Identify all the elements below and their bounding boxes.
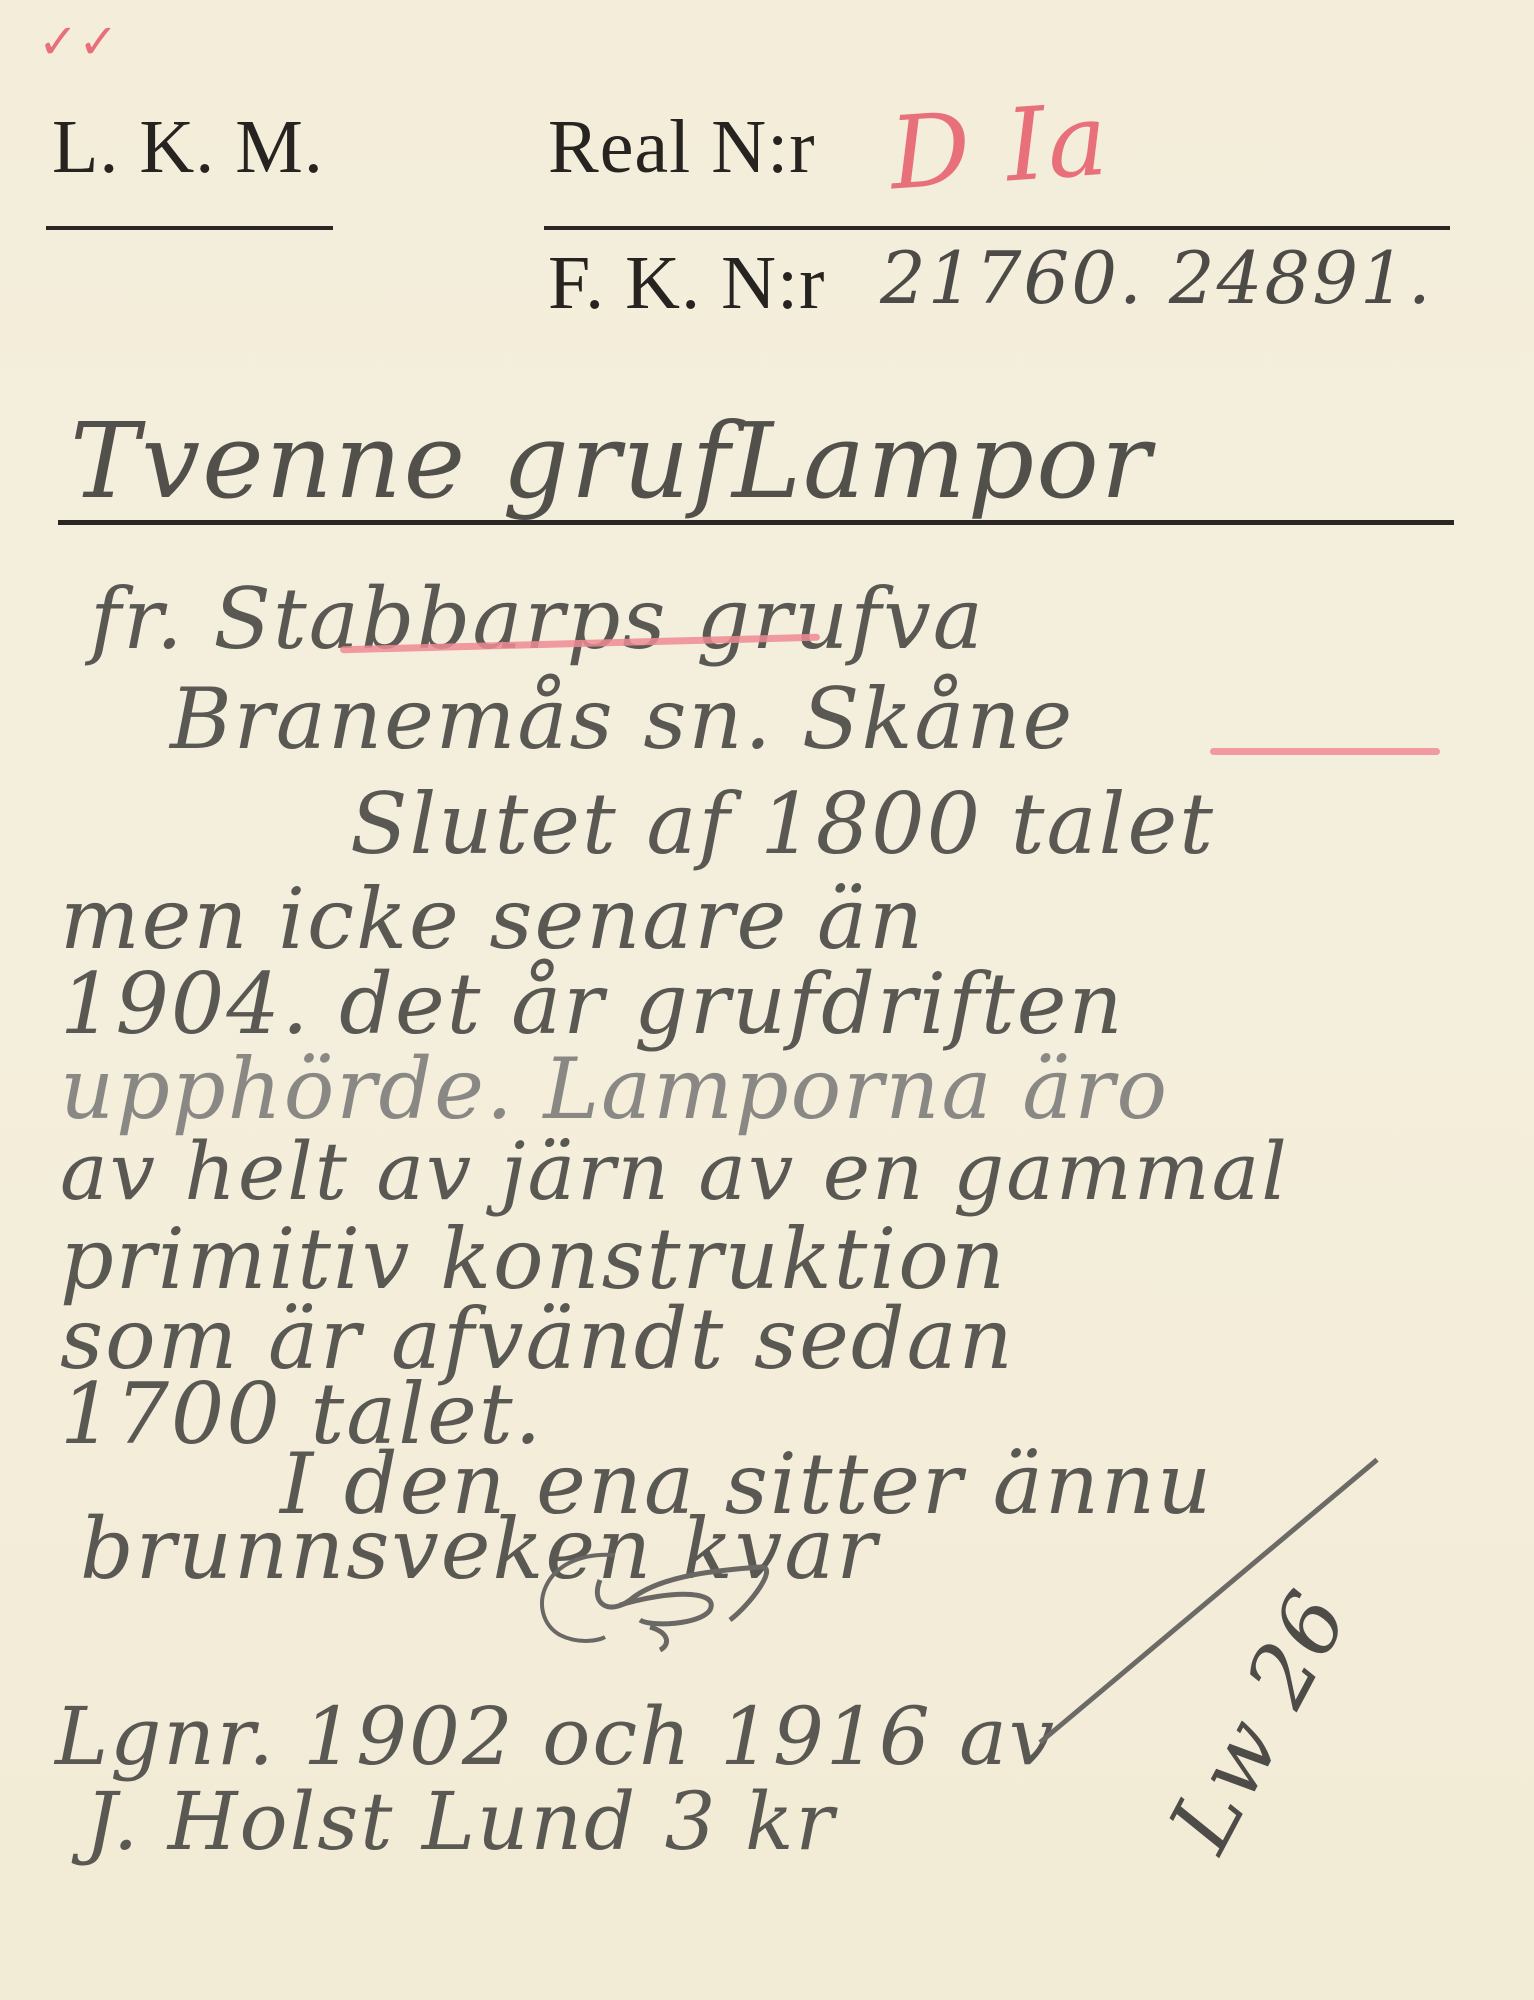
footer-line-1: Lgnr. 1902 och 1916 av (55, 1690, 1056, 1783)
body-line-3: Slutet af 1800 talet (350, 775, 1215, 873)
body-line-4: men icke senare än (60, 870, 925, 968)
org-label: L. K. M. (52, 104, 324, 191)
body-line-7: av helt av järn av en gammal (60, 1125, 1289, 1218)
fk-nr-value: 21760. 24891. (880, 236, 1433, 320)
signature-flourish-icon (520, 1545, 810, 1655)
body-line-5: 1904. det år grufdriften (60, 955, 1125, 1053)
red-check-marks: ✓✓ (38, 14, 118, 70)
body-line-6: upphörde. Lamporna äro (60, 1040, 1169, 1138)
org-underline (46, 226, 333, 230)
fk-nr-label: F. K. N:r (548, 240, 825, 327)
body-line-2: Branemås sn. Skåne (170, 670, 1074, 768)
body-line-1: fr. Stabbarps grufva (90, 570, 985, 668)
title-rule (58, 520, 1454, 525)
real-nr-rule (544, 226, 1450, 230)
footer-line-2: J. Holst Lund 3 kr (85, 1775, 836, 1868)
real-nr-label: Real N:r (548, 104, 816, 191)
real-nr-value: D Ia (886, 81, 1113, 213)
document-page: ✓✓ L. K. M. Real N:r D Ia F. K. N:r 2176… (0, 0, 1534, 2000)
red-underline-region (1210, 748, 1440, 755)
document-title: Tvenne grufLampor (70, 400, 1153, 522)
